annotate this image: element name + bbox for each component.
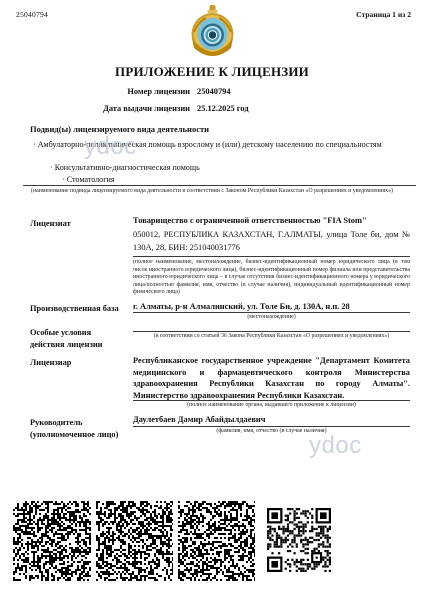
bullet-marker: · [50,163,53,172]
subtype-item: ·Стоматология [62,175,115,184]
bullet-marker: · [62,175,65,184]
ydoc-watermark: ydoc [309,436,362,456]
divider-line [133,426,410,427]
head-person-label: Руководитель (уполномоченное лицо) [30,417,132,440]
page-indicator: Страница 1 из 2 [356,10,411,19]
production-base-caption: (местонахождение) [133,314,410,321]
kazakhstan-emblem-icon [190,4,235,57]
subtype-item: ·Консультативно-диагностическая помощь [50,163,200,172]
head-person-name: Даулетбаев Дамир Абайдылдаевич [133,415,410,424]
license-annex-page: 25040794 Страница 1 из 2 ПРИЛОЖЕНИЕ К ЛИ… [0,0,424,600]
head-person-label-line2: (уполномоченное лицо) [30,429,132,441]
production-base-value: г. Алматы, р-н Алмалинский, ул. Толе Би,… [133,302,410,311]
license-date-value: 25.12.2025 год [197,104,249,113]
head-person-caption: (фамилия, имя, отчество (в случае наличи… [133,428,410,435]
divider-line [133,256,410,257]
datamatrix-barcode-1 [13,501,91,581]
licensee-label: Лицензиат [30,218,132,230]
qr-code [267,508,331,572]
production-base-label: Производственная база [30,303,132,315]
divider-line [23,185,416,186]
license-number-label: Номер лицензии [30,87,190,96]
subtype-item-label: Стоматология [67,175,115,184]
licensor-caption: (полное наименование органа, выдавшего п… [133,402,410,409]
ydoc-watermark: ydoc [84,137,137,157]
datamatrix-barcode-3 [178,501,255,581]
licensor-value: Республиканское государственное учрежден… [133,355,410,401]
divider-line [133,400,410,401]
subtype-item-label: Консультативно-диагностическая помощь [55,163,200,172]
head-person-label-line1: Руководитель [30,417,132,429]
page-title: ПРИЛОЖЕНИЕ К ЛИЦЕНЗИИ [0,64,424,80]
license-number-value: 25040794 [197,87,231,96]
datamatrix-barcode-2 [96,501,173,581]
special-conditions-caption: (в соответствии со статьей 36 Закона Рес… [133,333,410,340]
doc-number-header: 25040794 [16,10,48,19]
licensee-caption: (полное наименование, местонахождение, б… [133,259,410,297]
licensee-address: 050012, РЕСПУБЛИКА КАЗАХСТАН, Г.АЛМАТЫ, … [133,229,410,255]
bullet-marker: · [33,140,36,149]
special-conditions-label: Особые условия действия лицензии [30,327,132,350]
licensor-label: Лицензиар [30,357,132,369]
license-date-label: Дата выдачи лицензии [30,104,190,113]
special-conditions-label-line2: действия лицензии [30,339,132,351]
divider-line [133,331,410,332]
special-conditions-label-line1: Особые условия [30,327,132,339]
subtypes-caption: (наименование подвида лицензируемого вид… [30,188,394,195]
divider-line [133,312,410,313]
licensee-name: Товарищество с ограниченной ответственно… [133,216,410,225]
